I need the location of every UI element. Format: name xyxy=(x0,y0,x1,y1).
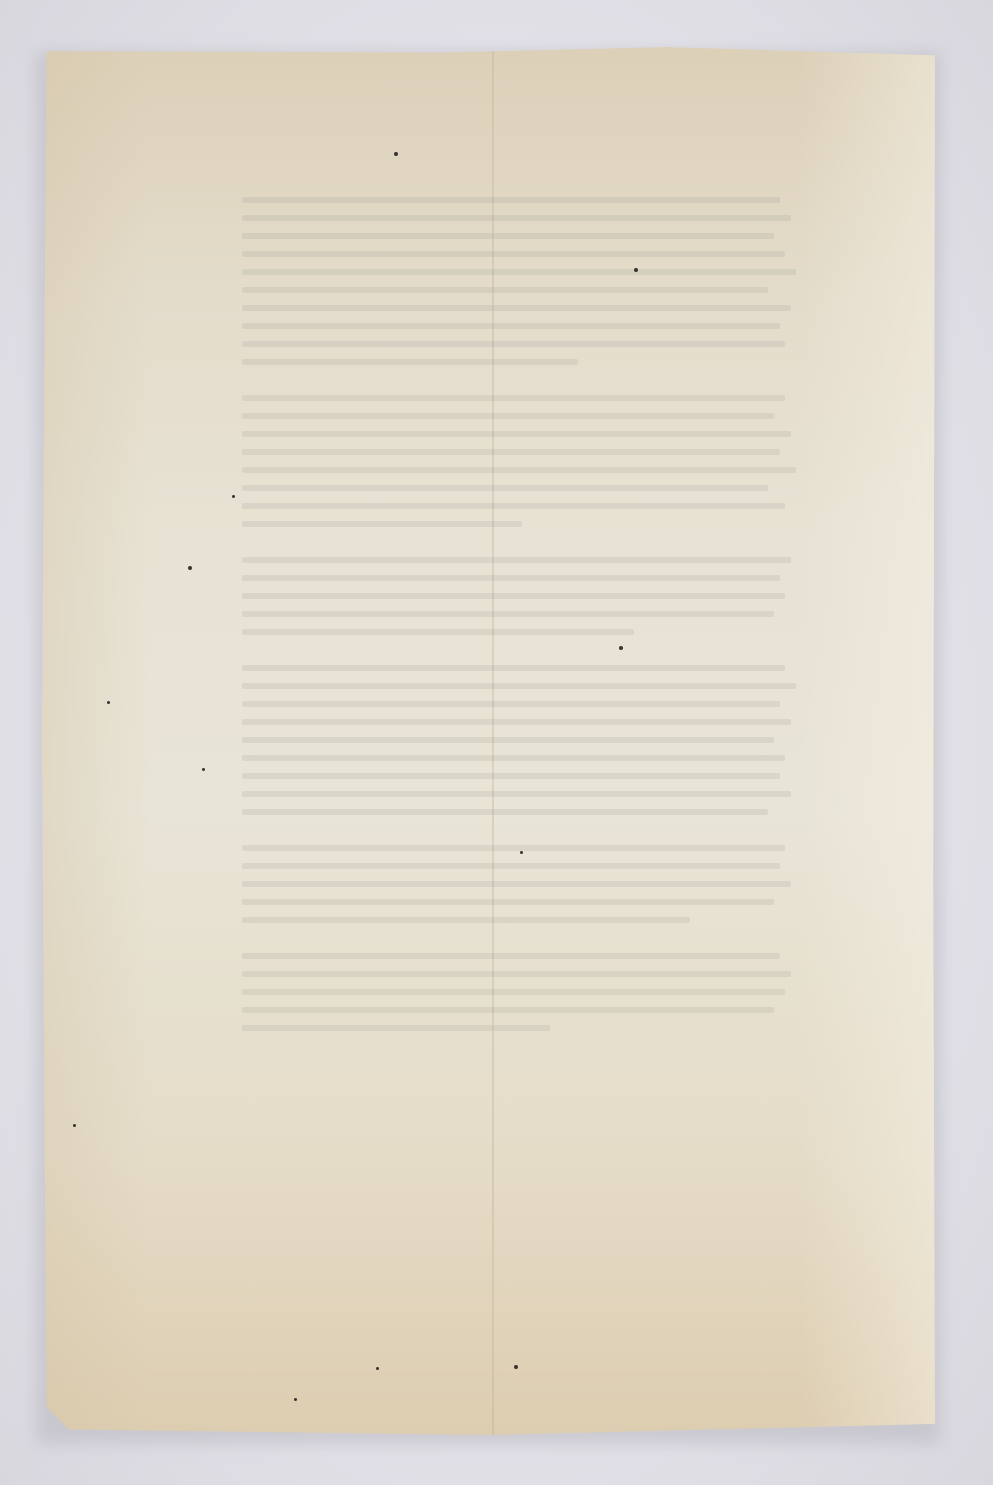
bleed-line xyxy=(242,791,791,797)
bleed-line xyxy=(242,629,634,635)
bleed-line xyxy=(242,557,791,563)
bleed-line xyxy=(242,665,785,671)
bleed-line xyxy=(242,485,768,491)
bleed-line xyxy=(242,197,780,203)
bleed-line xyxy=(242,755,785,761)
bleed-line xyxy=(242,359,578,365)
speck xyxy=(294,1398,297,1401)
bleed-line xyxy=(242,413,774,419)
speck xyxy=(376,1367,379,1370)
bleed-line xyxy=(242,881,791,887)
speck xyxy=(202,768,205,771)
speck xyxy=(634,268,638,272)
bleed-line xyxy=(242,251,785,257)
bleed-line xyxy=(242,899,774,905)
speck xyxy=(514,1365,518,1369)
bleed-line xyxy=(242,431,791,437)
bleed-line xyxy=(242,503,785,509)
bleed-line xyxy=(242,809,768,815)
speck xyxy=(619,646,623,650)
speck xyxy=(520,851,523,854)
bleed-line xyxy=(242,233,774,239)
bleed-line xyxy=(242,593,785,599)
speck xyxy=(107,701,110,704)
bleed-line xyxy=(242,863,780,869)
paper-page xyxy=(42,47,935,1435)
bleed-line xyxy=(242,971,791,977)
bleed-line xyxy=(242,989,785,995)
bleed-line xyxy=(242,575,780,581)
bleed-line xyxy=(242,917,690,923)
bleed-line xyxy=(242,719,791,725)
bleed-line xyxy=(242,521,522,527)
bleed-line xyxy=(242,611,774,617)
bleed-line xyxy=(242,845,785,851)
speck xyxy=(232,495,235,498)
bleed-through-text xyxy=(242,197,802,1317)
bleed-line xyxy=(242,287,768,293)
bleed-line xyxy=(242,701,780,707)
bleed-line xyxy=(242,449,780,455)
bleed-line xyxy=(242,467,796,473)
bleed-line xyxy=(242,953,780,959)
bleed-line xyxy=(242,305,791,311)
bleed-line xyxy=(242,341,785,347)
speck xyxy=(394,152,398,156)
bleed-line xyxy=(242,1025,550,1031)
bleed-line xyxy=(242,323,780,329)
bleed-line xyxy=(242,683,796,689)
bleed-line xyxy=(242,1007,774,1013)
bleed-line xyxy=(242,395,785,401)
bleed-line xyxy=(242,215,791,221)
bleed-line xyxy=(242,737,774,743)
speck xyxy=(73,1124,76,1127)
bleed-line xyxy=(242,269,796,275)
bleed-line xyxy=(242,773,780,779)
speck xyxy=(188,566,192,570)
